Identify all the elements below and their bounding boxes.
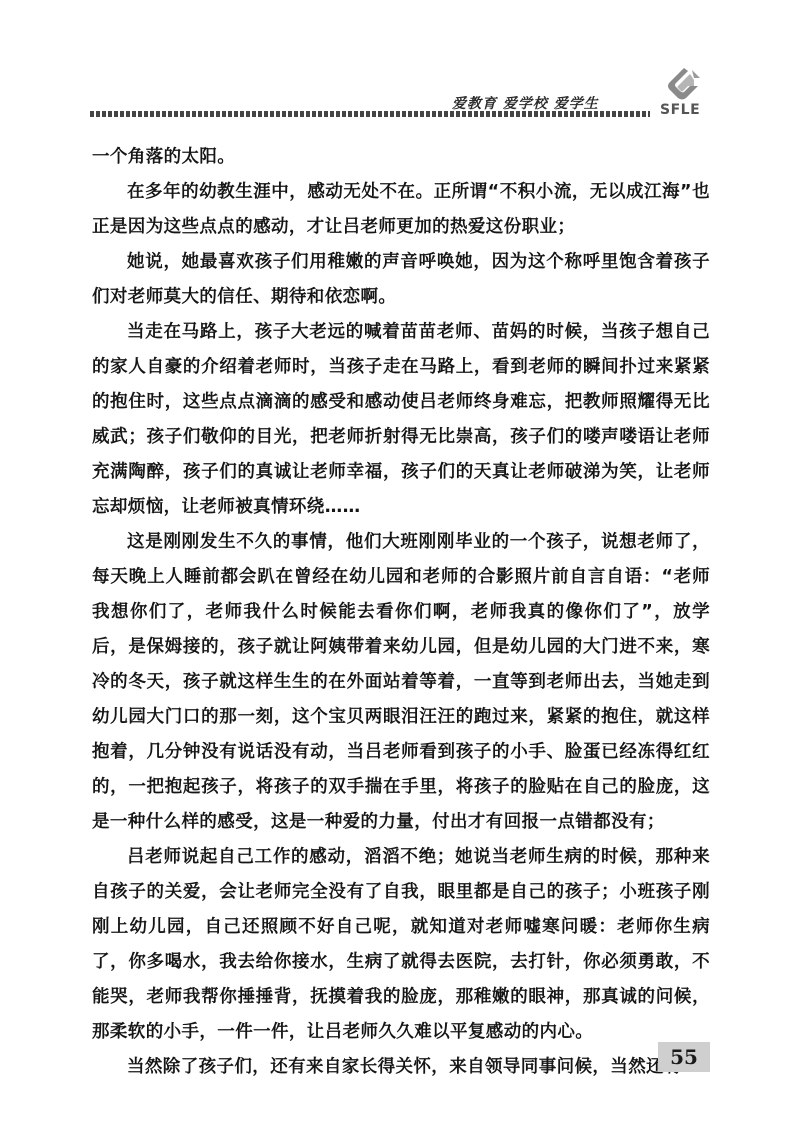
paragraph: 一个角落的太阳。 [92, 140, 710, 175]
paragraph: 当然除了孩子们，还有来自家长得关怀，来自领导同事问候，当然还有 [92, 1050, 710, 1085]
paragraph: 她说，她最喜欢孩子们用稚嫩的声音呼唤她，因为这个称呼里饱含着孩子们对老师莫大的信… [92, 245, 710, 315]
header-slogan: 爱教育 爱学校 爱学生 [452, 93, 599, 113]
paragraph: 这是刚刚发生不久的事情，他们大班刚刚毕业的一个孩子，说想老师了，每天晚上人睡前都… [92, 525, 710, 840]
logo-text: SFLE [660, 102, 710, 118]
page-number: 55 [670, 1045, 698, 1069]
document-body: 一个角落的太阳。 在多年的幼教生涯中，感动无处不在。正所谓“不积小流，无以成江海… [92, 140, 710, 1085]
paragraph: 吕老师说起自己工作的感动，滔滔不绝；她说当老师生病的时候，那种来自孩子的关爱，会… [92, 840, 710, 1050]
header-dashed-rule [90, 111, 650, 117]
page-number-box: 55 [658, 1042, 710, 1072]
paragraph: 在多年的幼教生涯中，感动无处不在。正所谓“不积小流，无以成江海”也正是因为这些点… [92, 175, 710, 245]
paragraph: 当走在马路上，孩子大老远的喊着苗苗老师、苗妈的时候，当孩子想自己的家人自豪的介绍… [92, 315, 710, 525]
page-header: 爱教育 爱学校 爱学生 SFLE [0, 0, 803, 130]
sfle-logo-icon [664, 66, 704, 102]
sfle-logo: SFLE [660, 66, 708, 122]
